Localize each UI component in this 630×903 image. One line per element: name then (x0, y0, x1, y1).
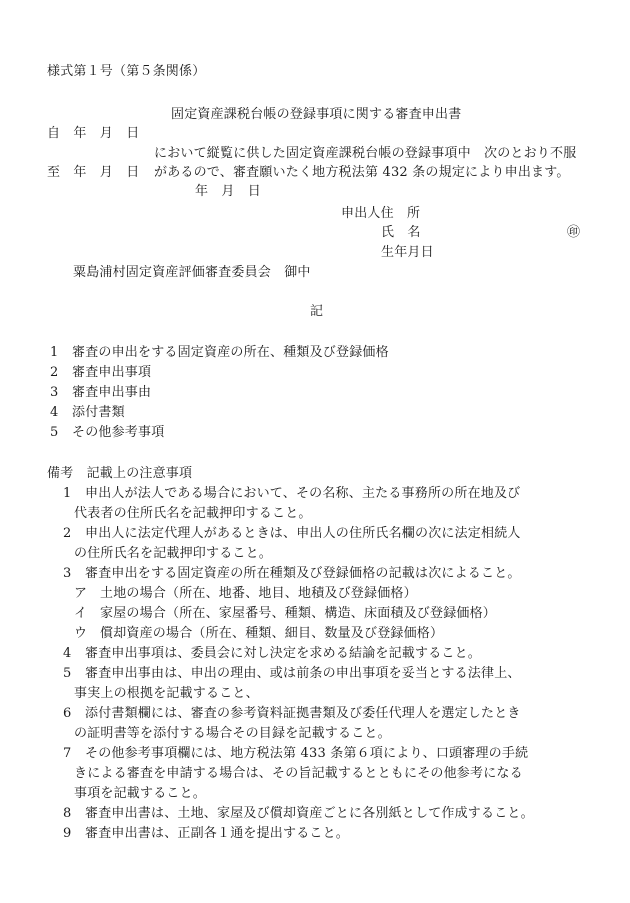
note-7: 7その他参考事項欄には、地方税法第 433 条第６項により、口頭審理の手続 (63, 746, 528, 762)
applicant-birth-label: 生年月日 (381, 245, 434, 261)
document-title: 固定資産課税台帳の登録事項に関する審査申出書 (171, 107, 461, 123)
note-2-cont: の住所氏名を記載押印すること。 (74, 546, 272, 562)
applicant-address-label: 申出人住 所 (341, 206, 420, 222)
applicant-name-label: 氏 名 (381, 225, 421, 241)
note-5: 5審査申出事由は、申出の理由、或は前条の申出事項を妥当とする法律上、 (63, 666, 521, 682)
note-8: 8審査申出書は、土地、家屋及び償却資産ごとに各別紙として作成すること。 (63, 806, 534, 822)
note-6: 6添付書類欄には、審査の参考資料証拠書類及び委任代理人を選定したとき (63, 706, 521, 722)
note-4: 4審査申出事項は、委員会に対し決定を求める結論を記載すること。 (63, 646, 481, 662)
form-number: 様式第１号（第５条関係） (47, 64, 205, 80)
note-7-cont2: 事項を記載すること。 (74, 786, 206, 802)
note-1-cont: 代表者の住所氏名を記載押印すること。 (74, 506, 312, 522)
note-9: 9審査申出書は、正副各１通を提出すること。 (63, 826, 349, 842)
note-3-u: ウ償却資産の場合（所在、種類、細目、数量及び登録価格） (74, 626, 443, 642)
note-6-cont: の証明書等を添付する場合その目録を記載すること。 (74, 726, 391, 742)
list-item: 2審査申出事項 (50, 365, 151, 381)
notes-heading: 備考 記載上の注意事項 (47, 466, 192, 482)
list-item: 1審査の申出をする固定資産の所在、種類及び登録価格 (50, 345, 389, 361)
note-1: 1申出人が法人である場合において、その名称、主たる事務所の所在地及び (63, 486, 520, 502)
period-from: 自 年 月 日 (47, 126, 139, 142)
list-item: 3審査申出事由 (50, 385, 151, 401)
seal-mark-icon: ㊞ (567, 225, 580, 241)
ki-heading: 記 (310, 304, 323, 320)
period-to: 至 年 月 日 (47, 165, 139, 181)
note-5-cont: 事実上の根拠を記載すること、 (74, 686, 259, 702)
period-body-line2: があるので、審査願いたく地方税法第 432 条の規定により申出ます。 (154, 165, 570, 181)
note-3-i: イ家屋の場合（所在、家屋番号、種類、構造、床面積及び登録価格） (74, 606, 496, 622)
addressee: 粟島浦村固定資産評価審査委員会 御中 (73, 265, 311, 281)
note-7-cont1: きによる審査を申請する場合は、その旨記載するとともにその他参考になる (74, 766, 523, 782)
period-body-line1: において縦覧に供した固定資産課税台帳の登録事項中 次のとおり不服 (154, 146, 576, 162)
list-item: 5その他参考事項 (50, 425, 164, 441)
submission-date: 年 月 日 (195, 184, 261, 200)
note-3: 3審査申出をする固定資産の所在種類及び登録価格の記載は次によること。 (63, 566, 521, 582)
note-3-a: ア土地の場合（所在、地番、地目、地積及び登録価格） (74, 586, 417, 602)
note-2: 2申出人に法定代理人があるときは、申出人の住所氏名欄の次に法定相続人 (63, 526, 521, 542)
list-item: 4添付書類 (50, 405, 125, 421)
